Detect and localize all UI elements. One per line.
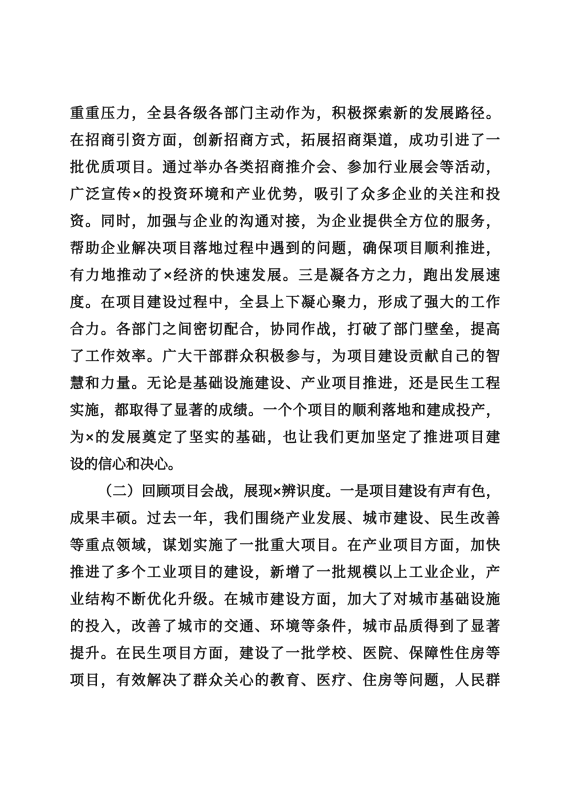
text-line: 广泛宣传×的投资环境和产业优势，吸引了众多企业的关注和投 [70, 181, 500, 208]
text-line: 在招商引资方面，创新招商方式，拓展招商渠道，成功引进了一 [70, 127, 500, 154]
text-line: 为×的发展奠定了坚实的基础，也让我们更加坚定了推进项目建 [70, 424, 500, 451]
text-line: 重重压力，全县各级各部门主动作为，积极探索新的发展路径。 [70, 100, 500, 127]
text-line: 提升。在民生项目方面，建设了一批学校、医院、保障性住房等 [70, 640, 500, 667]
text-line: 有力地推动了×经济的快速发展。三是凝各方之力，跑出发展速 [70, 262, 500, 289]
text-line: 推进了多个工业项目的建设，新增了一批规模以上工业企业，产 [70, 559, 500, 586]
text-line: 业结构不断优化升级。在城市建设方面，加大了对城市基础设施 [70, 586, 500, 613]
text-line: 实施，都取得了显著的成绩。一个个项目的顺利落地和建成投产， [70, 397, 500, 424]
text-line: 批优质项目。通过举办各类招商推介会、参加行业展会等活动， [70, 154, 500, 181]
document-page: 重重压力，全县各级各部门主动作为，积极探索新的发展路径。在招商引资方面，创新招商… [0, 0, 570, 807]
text-line: 度。在项目建设过程中，全县上下凝心聚力，形成了强大的工作 [70, 289, 500, 316]
text-line: （二）回顾项目会战，展现×辨识度。一是项目建设有声有色， [70, 478, 500, 505]
document-body: 重重压力，全县各级各部门主动作为，积极探索新的发展路径。在招商引资方面，创新招商… [70, 100, 500, 694]
text-line: 等重点领域，谋划实施了一批重大项目。在产业项目方面，加快 [70, 532, 500, 559]
text-line: 资。同时，加强与企业的沟通对接，为企业提供全方位的服务， [70, 208, 500, 235]
text-line: 了工作效率。广大干部群众积极参与，为项目建设贡献自己的智 [70, 343, 500, 370]
text-line: 的投入，改善了城市的交通、环境等条件，城市品质得到了显著 [70, 613, 500, 640]
text-line: 帮助企业解决项目落地过程中遇到的问题，确保项目顺利推进， [70, 235, 500, 262]
text-line: 设的信心和决心。 [70, 451, 500, 478]
text-line: 成果丰硕。过去一年，我们围绕产业发展、城市建设、民生改善 [70, 505, 500, 532]
text-line: 慧和力量。无论是基础设施建设、产业项目推进，还是民生工程 [70, 370, 500, 397]
text-line: 合力。各部门之间密切配合，协同作战，打破了部门壁垒，提高 [70, 316, 500, 343]
text-line: 项目，有效解决了群众关心的教育、医疗、住房等问题，人民群 [70, 667, 500, 694]
